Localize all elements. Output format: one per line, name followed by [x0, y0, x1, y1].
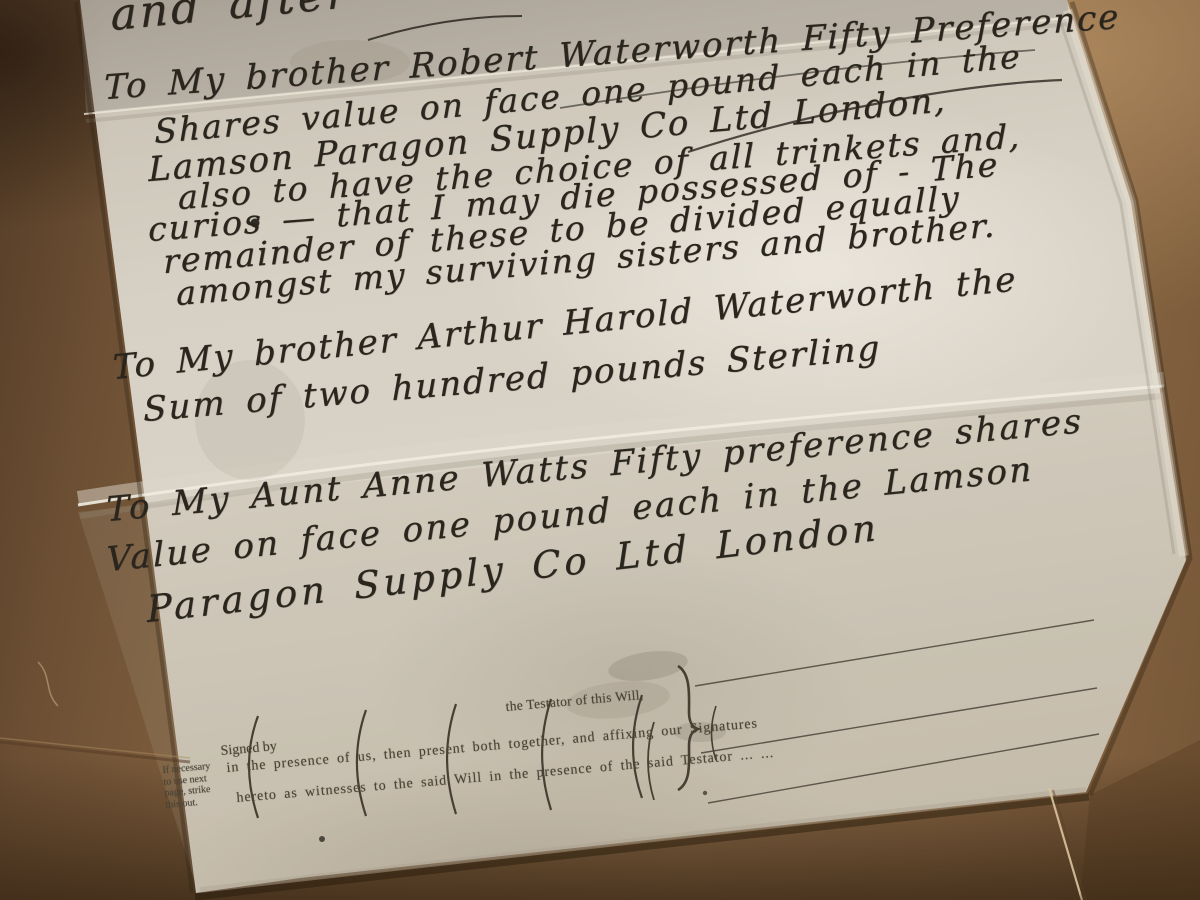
form-side-note: If necessary to use next page, strike th… [162, 761, 214, 811]
cardboard-scratch-shadow [1053, 790, 1086, 900]
cardboard-seam-highlight [0, 738, 190, 758]
cardboard-background: and after To My brother Robert Waterwort… [0, 0, 1200, 900]
cardboard-scratch [1049, 788, 1082, 900]
cardboard-seam-shadow [0, 742, 190, 762]
cardboard-fiber-squiggle [38, 662, 58, 706]
